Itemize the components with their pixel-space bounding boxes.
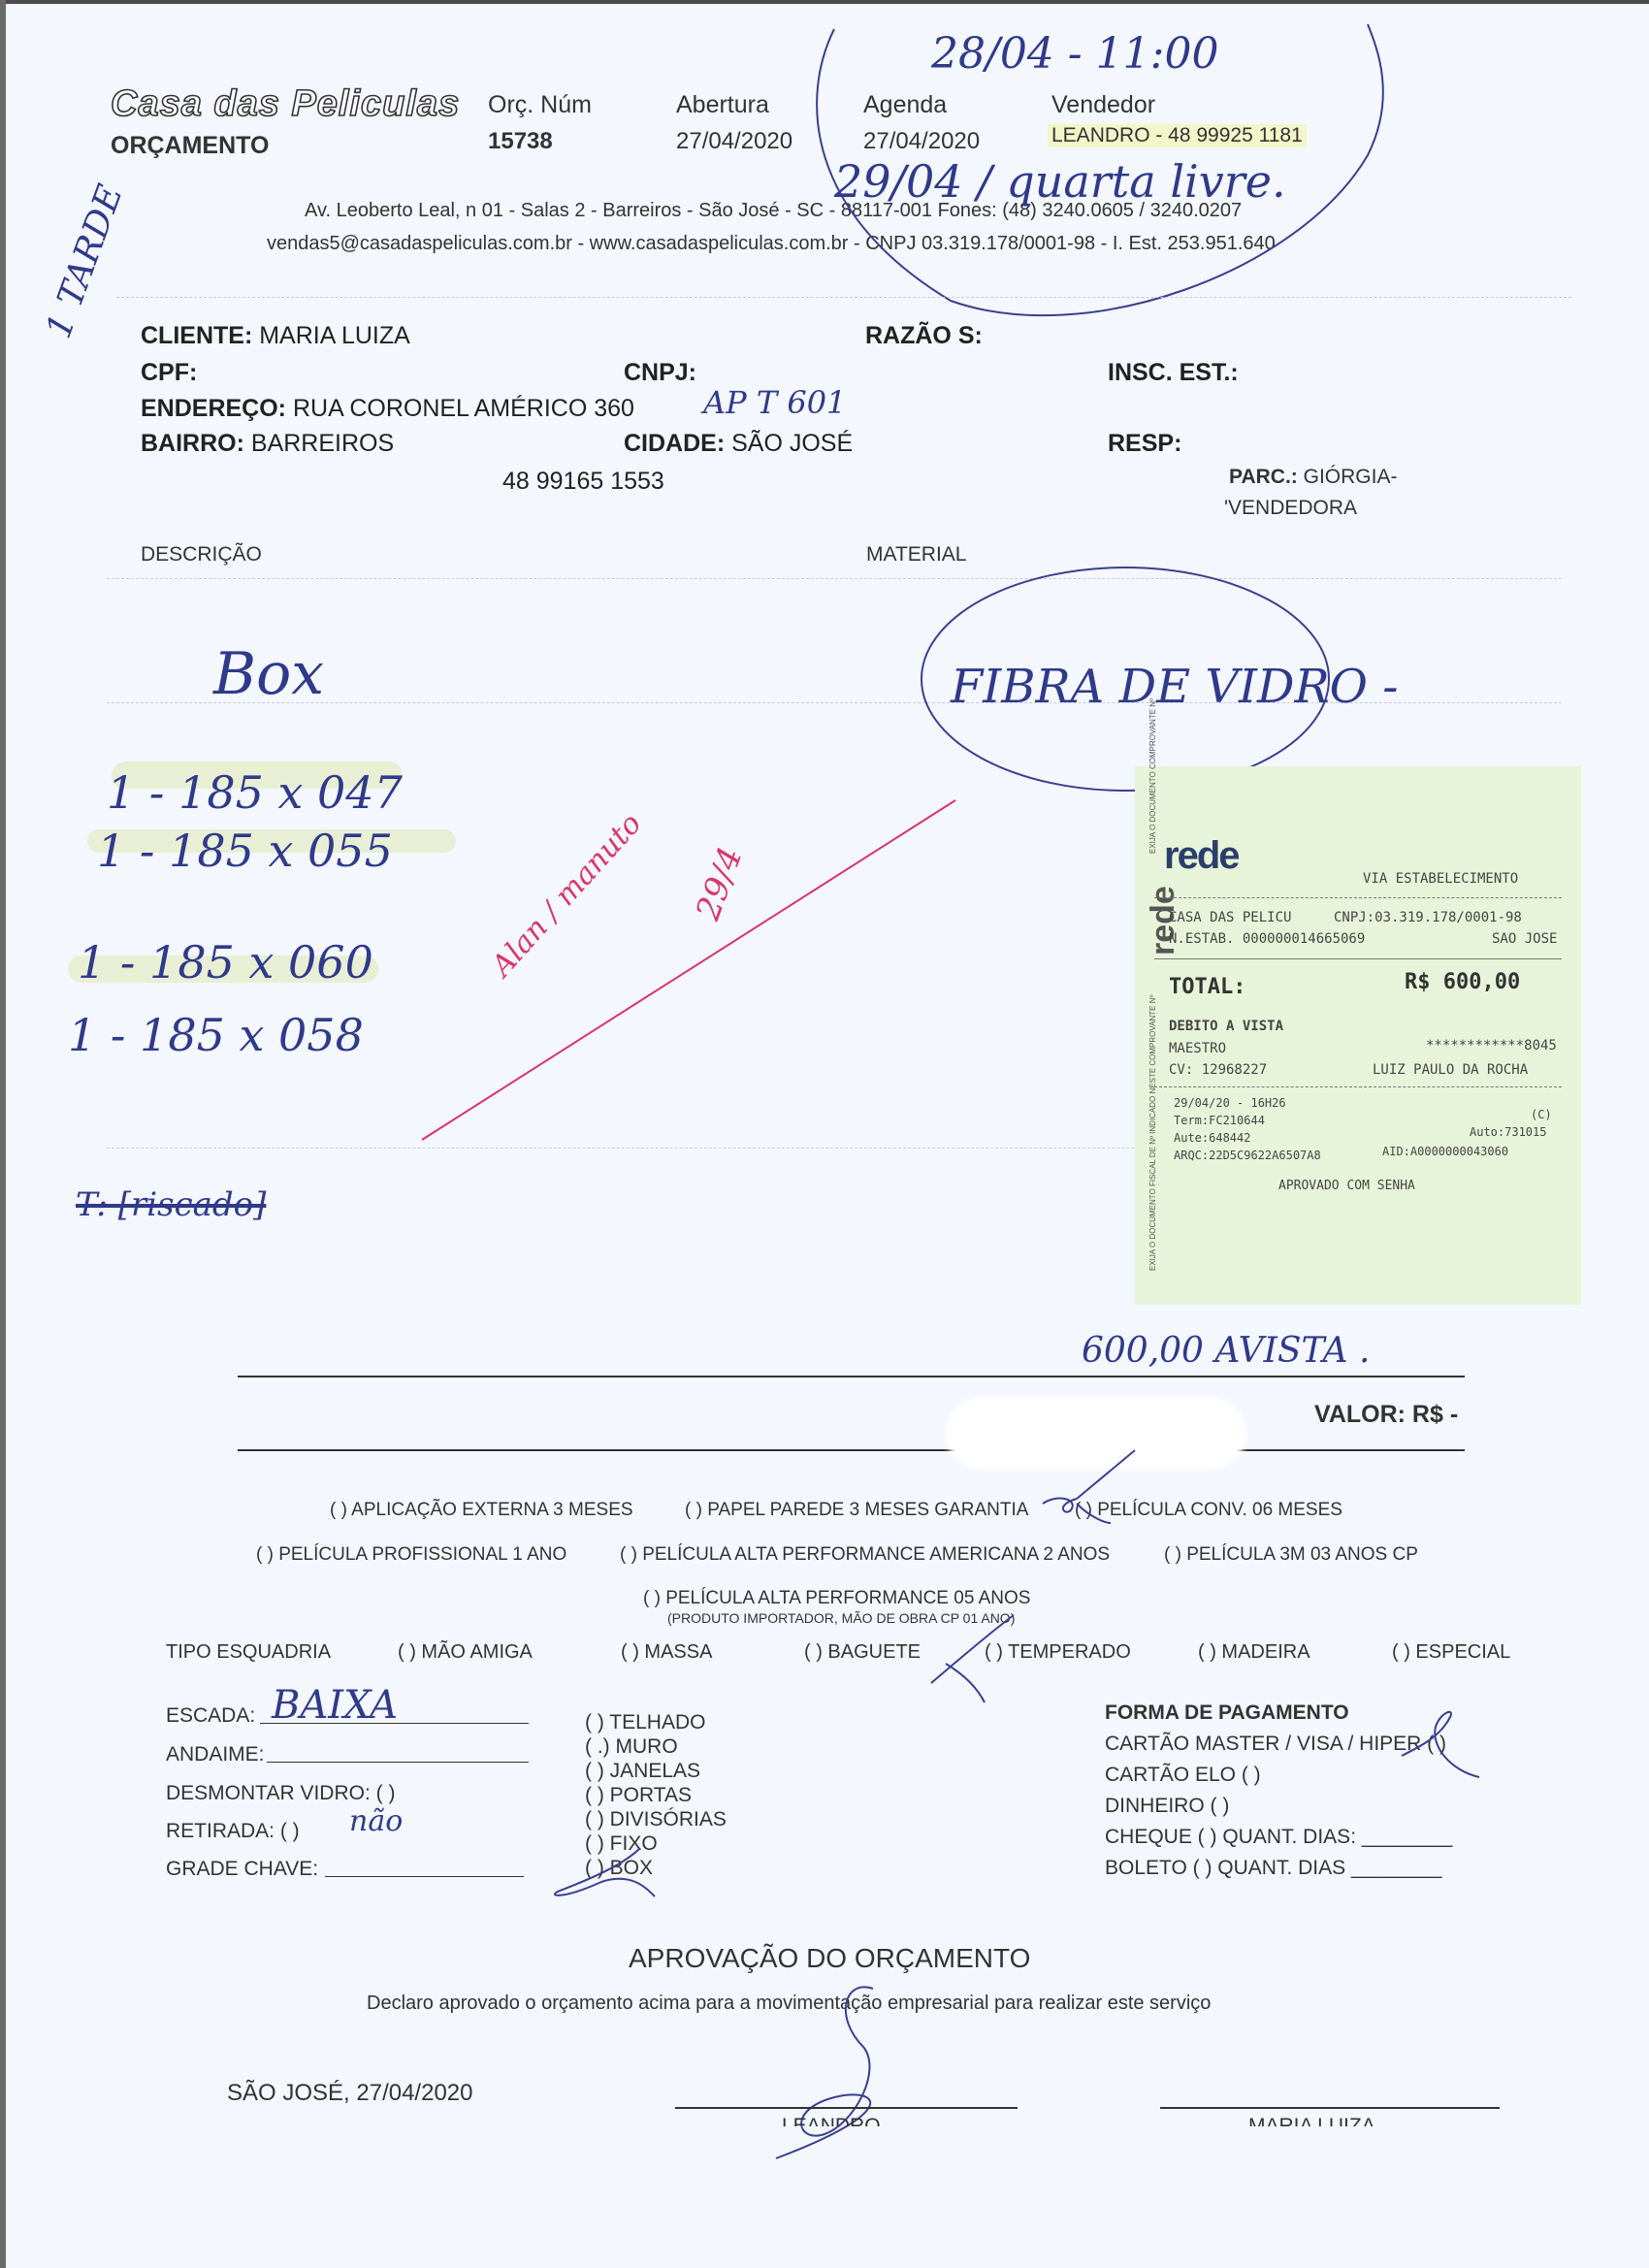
endereco-field: ENDEREÇO: RUA CORONEL AMÉRICO 360 xyxy=(141,395,634,423)
measurement-item: 1 - 185 x 055 xyxy=(97,825,393,877)
value-line xyxy=(238,1449,955,1451)
razao-field: RAZÃO S: xyxy=(865,322,983,350)
receipt-side-text: EXIJA O DOCUMENTO COMPROVANTE Nº xyxy=(1148,698,1157,854)
cidade-value: SÃO JOSÉ xyxy=(731,430,853,457)
cidade-field: CIDADE: SÃO JOSÉ xyxy=(624,430,853,458)
signature-leandro xyxy=(757,1979,951,2163)
payment-title: FORMA DE PAGAMENTO xyxy=(1105,1701,1349,1725)
scan-edge-left xyxy=(0,0,6,2268)
receipt-divider xyxy=(1154,1086,1562,1087)
abertura-label: Abertura xyxy=(676,91,769,119)
bairro-label: BAIRRO: xyxy=(141,430,244,457)
receipt-term: Term:FC210644 xyxy=(1174,1114,1265,1127)
desmontar-vidro-field[interactable]: DESMONTAR VIDRO: ( ) xyxy=(166,1781,395,1805)
esquadria-label: TIPO ESQUADRIA xyxy=(166,1641,331,1664)
signer-name: LEANDRO xyxy=(782,2115,881,2126)
retirada-field[interactable]: RETIRADA: ( ) xyxy=(166,1819,300,1843)
receipt-total-value: R$ 600,00 xyxy=(1405,970,1520,994)
location-option[interactable]: ( .) MURO xyxy=(585,1734,678,1759)
cpf-label: CPF: xyxy=(141,359,197,386)
resp-label: RESP: xyxy=(1108,430,1181,457)
orc-num-label: Orç. Núm xyxy=(488,91,592,119)
payment-option[interactable]: DINHEIRO ( ) xyxy=(1105,1791,1229,1822)
handwritten-material: FIBRA DE VIDRO - xyxy=(951,660,1398,714)
valor-label: VALOR: R$ - xyxy=(1314,1401,1458,1429)
location-option[interactable]: ( ) DIVISÓRIAS xyxy=(585,1807,727,1831)
receipt-card-number: ************8045 xyxy=(1426,1038,1557,1053)
parc-value-2: 'VENDEDORA xyxy=(1224,497,1357,520)
handwritten-apartment: AP T 601 xyxy=(703,384,846,421)
document-type: ORÇAMENTO xyxy=(111,132,269,160)
handwritten-side-note: 1 TARDE xyxy=(39,179,131,343)
divider xyxy=(107,578,1562,579)
esquadria-option[interactable]: ( ) MADEIRA xyxy=(1198,1641,1310,1664)
endereco-value: RUA CORONEL AMÉRICO 360 xyxy=(293,395,634,422)
approval-place-date: SÃO JOSÉ, 27/04/2020 xyxy=(227,2080,473,2107)
receipt-aid: AID:A0000000043060 xyxy=(1382,1145,1508,1158)
scan-edge-top xyxy=(0,0,1649,4)
handwritten-retirada-note: não xyxy=(349,1804,403,1838)
signature-line xyxy=(1160,2107,1500,2109)
handwritten-schedule-note: 29/04 / quarta livre. xyxy=(834,155,1286,208)
card-receipt: EXIJA O DOCUMENTO COMPROVANTE Nº rede re… xyxy=(1135,766,1581,1305)
warranty-option[interactable]: ( ) PAPEL PAREDE 3 MESES GARANTIA xyxy=(685,1500,1028,1521)
handwritten-product: Box xyxy=(213,640,324,708)
cliente-value: MARIA LUIZA xyxy=(259,322,410,349)
receipt-card-brand: MAESTRO xyxy=(1169,1041,1226,1056)
descricao-label: DESCRIÇÃO xyxy=(141,543,262,567)
payment-option[interactable]: CARTÃO MASTER / VISA / HIPER ( ) xyxy=(1105,1729,1446,1760)
bairro-value: BARREIROS xyxy=(251,430,394,457)
handwritten-struck-note: T: [riscado] xyxy=(76,1185,266,1224)
esquadria-option[interactable]: ( ) MASSA xyxy=(621,1641,712,1664)
handwritten-check-mark xyxy=(926,1610,1033,1707)
receipt-side-text: EXIJA O DOCUMENTO FISCAL DE Nº INDICADO … xyxy=(1148,995,1157,1271)
esquadria-option[interactable]: ( ) ESPECIAL xyxy=(1392,1641,1510,1664)
receipt-total-label: TOTAL: xyxy=(1169,975,1245,999)
receipt-cardholder: LUIZ PAULO DA ROCHA xyxy=(1373,1062,1528,1078)
esquadria-option[interactable]: ( ) MÃO AMIGA xyxy=(398,1641,533,1664)
payment-option[interactable]: BOLETO ( ) QUANT. DIAS ________ xyxy=(1105,1853,1441,1884)
client-phone: 48 99165 1553 xyxy=(502,468,664,496)
receipt-aute: Aute:648442 xyxy=(1174,1131,1250,1145)
measurement-item: 1 - 185 x 047 xyxy=(107,766,403,819)
esquadria-option[interactable]: ( ) BAGUETE xyxy=(804,1641,921,1664)
abertura-value: 27/04/2020 xyxy=(676,128,792,155)
insc-est-label: INSC. EST.: xyxy=(1108,359,1239,386)
receipt-cnpj: CNPJ:03.319.178/0001-98 xyxy=(1334,910,1522,925)
value-line xyxy=(1230,1449,1465,1451)
approval-title: APROVAÇÃO DO ORÇAMENTO xyxy=(629,1943,1030,1974)
receipt-merchant: CASA DAS PELICU xyxy=(1169,910,1291,925)
parc-value: GIÓRGIA- xyxy=(1304,466,1398,488)
grade-chave-label: GRADE CHAVE: xyxy=(166,1857,318,1881)
payment-option[interactable]: CHEQUE ( ) QUANT. DIAS: ________ xyxy=(1105,1822,1452,1853)
handwritten-check-mark xyxy=(543,1843,660,1901)
receipt-divider xyxy=(1154,897,1562,898)
receipt-arqc: ARQC:22D5C9622A6507A8 xyxy=(1174,1149,1321,1162)
measurement-item: 1 - 185 x 058 xyxy=(68,1009,364,1061)
receipt-status: APROVADO COM SENHA xyxy=(1278,1179,1415,1193)
razao-label: RAZÃO S: xyxy=(865,322,983,349)
location-option[interactable]: ( ) PORTAS xyxy=(585,1783,692,1807)
endereco-label: ENDEREÇO: xyxy=(141,395,286,422)
receipt-divider xyxy=(1154,958,1562,959)
location-option[interactable]: ( ) TELHADO xyxy=(585,1710,705,1734)
rede-logo: rede xyxy=(1164,834,1239,878)
cliente-field: CLIENTE: MARIA LUIZA xyxy=(141,322,410,350)
warranty-option[interactable]: ( ) PELÍCULA PROFISSIONAL 1 ANO xyxy=(256,1544,566,1566)
parc-field: PARC.: GIÓRGIA- xyxy=(1229,466,1397,489)
receipt-auto: Auto:731015 xyxy=(1470,1125,1546,1139)
receipt-estab: N.ESTAB. 000000014665069 xyxy=(1169,931,1365,947)
cliente-label: CLIENTE: xyxy=(141,322,252,349)
andaime-line xyxy=(267,1762,529,1763)
parc-label: PARC.: xyxy=(1229,466,1298,488)
receipt-type: DEBITO A VISTA xyxy=(1169,1019,1283,1034)
bairro-field: BAIRRO: BARREIROS xyxy=(141,430,394,458)
cidade-label: CIDADE: xyxy=(624,430,725,457)
payment-option[interactable]: CARTÃO ELO ( ) xyxy=(1105,1760,1261,1791)
handwritten-value: 600,00 AVISTA . xyxy=(1082,1331,1370,1371)
cnpj-field: CNPJ: xyxy=(624,359,696,387)
orc-num-value: 15738 xyxy=(488,128,553,155)
signature-line xyxy=(675,2107,1018,2109)
warranty-option[interactable]: ( ) APLICAÇÃO EXTERNA 3 MESES xyxy=(330,1500,633,1521)
escada-field: ESCADA: xyxy=(166,1703,255,1728)
value-line xyxy=(238,1376,1465,1377)
handwritten-escada: BAIXA xyxy=(272,1683,398,1728)
grade-chave-line xyxy=(325,1876,524,1877)
warranty-option[interactable]: ( ) PELÍCULA 3M 03 ANOS CP xyxy=(1164,1544,1418,1566)
resp-field: RESP: xyxy=(1108,430,1181,458)
divider xyxy=(116,297,1571,298)
receipt-c-flag: (C) xyxy=(1531,1108,1552,1121)
cpf-field: CPF: xyxy=(141,359,197,387)
andaime-label: ANDAIME: xyxy=(166,1742,265,1766)
receipt-via: VIA ESTABELECIMENTO xyxy=(1363,871,1518,887)
receipt-cv: CV: 12968227 xyxy=(1169,1062,1267,1078)
receipt-datetime: 29/04/20 - 16H26 xyxy=(1174,1096,1286,1110)
location-option[interactable]: ( ) JANELAS xyxy=(585,1759,700,1783)
insc-est-field: INSC. EST.: xyxy=(1108,359,1239,387)
handwritten-check-mark xyxy=(1397,1707,1484,1785)
handwritten-check-mark xyxy=(1038,1445,1154,1533)
escada-label: ESCADA: xyxy=(166,1704,255,1727)
warranty-option[interactable]: ( ) PELÍCULA ALTA PERFORMANCE AMERICANA … xyxy=(620,1544,1110,1566)
measurement-item: 1 - 185 x 060 xyxy=(78,936,373,988)
cnpj-label: CNPJ: xyxy=(624,359,696,386)
warranty-option[interactable]: ( ) PELÍCULA ALTA PERFORMANCE 05 ANOS xyxy=(643,1588,1030,1609)
company-logo: Casa das Peliculas xyxy=(111,83,460,125)
signer-name: MARIA LUIZA xyxy=(1248,2115,1375,2126)
receipt-city: SAO JOSE xyxy=(1492,931,1557,947)
handwritten-schedule-time: 28/04 - 11:00 xyxy=(931,29,1218,79)
